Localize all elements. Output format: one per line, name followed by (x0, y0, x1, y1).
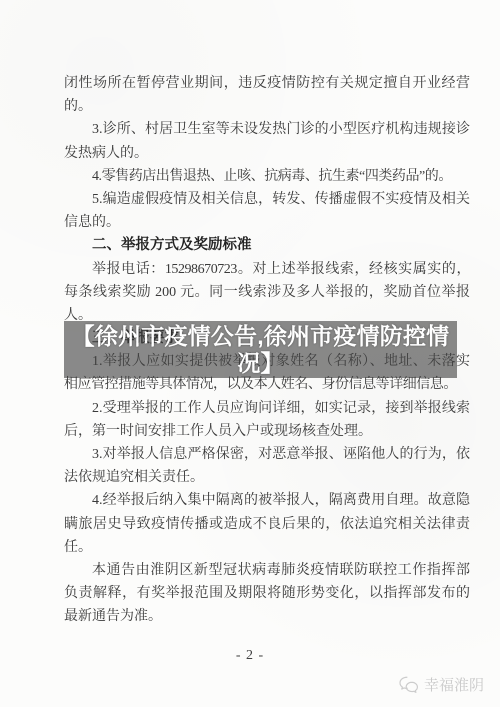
doc-text-line: 举报电话：15298670723。对上述举报线索，经核实属实的， (64, 258, 470, 281)
doc-text-line: 闭性场所在暂停营业期间，违反疫情防控有关规定擅自开业经营 (64, 72, 470, 95)
banner-title-line2: 况】 (237, 350, 283, 377)
doc-text-line: 4.零售药店出售退热、止咳、抗病毒、抗生素“四类药品”的。 (64, 165, 470, 188)
doc-text-line: 最新通告为准。 (64, 605, 470, 628)
doc-text-line: 3.诊所、村居卫生室等未设发热门诊的小型医疗机构违规接诊 (64, 118, 470, 141)
doc-text-line: 的。 (64, 95, 470, 118)
doc-text-line: 后，第一时间安排工作人员入户或现场核查处理。 (64, 420, 470, 443)
doc-text-line: 法依规追究相关责任。 (64, 466, 470, 489)
doc-text-line: 本通告由淮阴区新型冠状病毒肺炎疫情联防联控工作指挥部 (64, 559, 470, 582)
document-page: 闭性场所在暂停营业期间，违反疫情防控有关规定擅自开业经营的。3.诊所、村居卫生室… (0, 0, 500, 707)
doc-text-line: 发热病人的。 (64, 142, 470, 165)
caption-overlay-banner: 【徐州市疫情公告,徐州市疫情防控情 况】 (64, 321, 457, 378)
doc-text-line: 2.受理举报的工作人员应询问详细，如实记录，接到举报线索 (64, 397, 470, 420)
banner-title-line1: 【徐州市疫情公告,徐州市疫情防控情 (72, 323, 450, 350)
watermark: 幸福淮阴 (399, 674, 484, 695)
doc-text-line: 4.经举报后纳入集中隔离的被举报人，隔离费用自理。故意隐 (64, 489, 470, 512)
wechat-icon (399, 676, 419, 694)
doc-text-line: 瞒旅居史导致疫情传播或造成不良后果的，依法追究相关法律责 (64, 513, 470, 536)
watermark-label: 幸福淮阴 (424, 674, 484, 695)
doc-heading-line: 二、举报方式及奖励标准 (64, 234, 470, 257)
doc-text-line: 5.编造虚假疫情及相关信息，转发、传播虚假不实疫情及相关 (64, 188, 470, 211)
doc-text-line: 3.对举报人信息严格保密，对恶意举报、诬陷他人的行为，依 (64, 443, 470, 466)
doc-text-line: 信息的。 (64, 211, 470, 234)
doc-text-line: 每条线索奖励 200 元。同一线索涉及多人举报的，奖励首位举报 (64, 281, 470, 304)
page-number: - 2 - (0, 648, 500, 664)
doc-text-line: 负责解释，有奖举报范围及期限将随形势变化，以指挥部发布的 (64, 582, 470, 605)
doc-text-line: 任。 (64, 536, 470, 559)
